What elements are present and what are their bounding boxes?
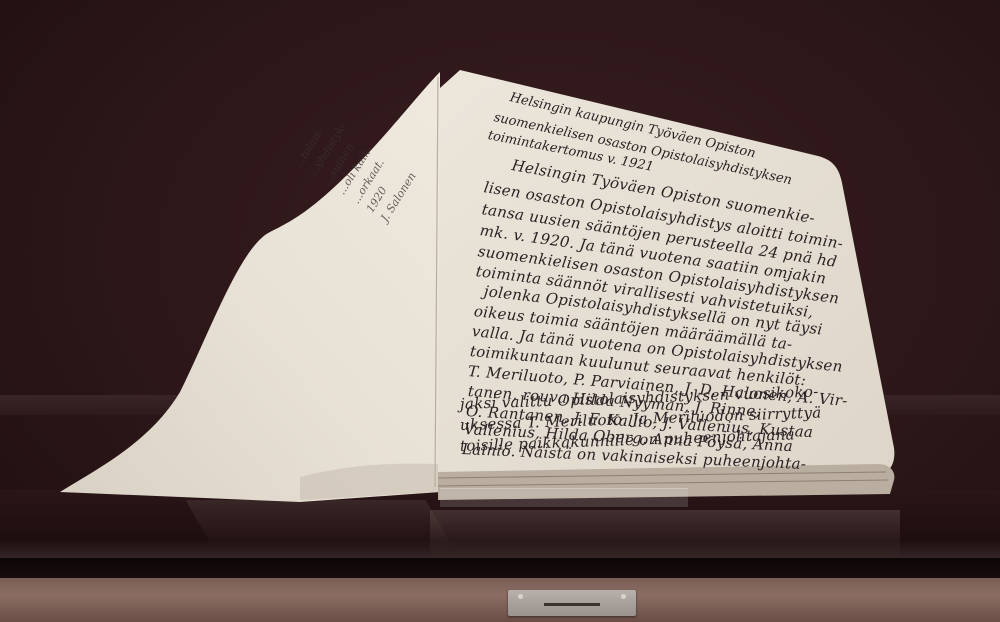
label-slot: [544, 603, 600, 606]
right-page-lower-lines: jaksi valittu Opistolaisyhdistyksen vuos…: [460, 395, 900, 449]
left-page-reflection: [186, 500, 455, 550]
screw-icon: [518, 594, 523, 599]
label-plate: [508, 590, 636, 616]
shelf-edge: [0, 558, 1000, 580]
left-page: ...tolais- ...yhdistyk- ...suinen ...oli…: [60, 72, 460, 502]
acrylic-book-stand: [440, 488, 688, 507]
book-reflection: [430, 510, 900, 558]
case-base: [0, 578, 1000, 622]
screw-icon: [621, 594, 626, 599]
